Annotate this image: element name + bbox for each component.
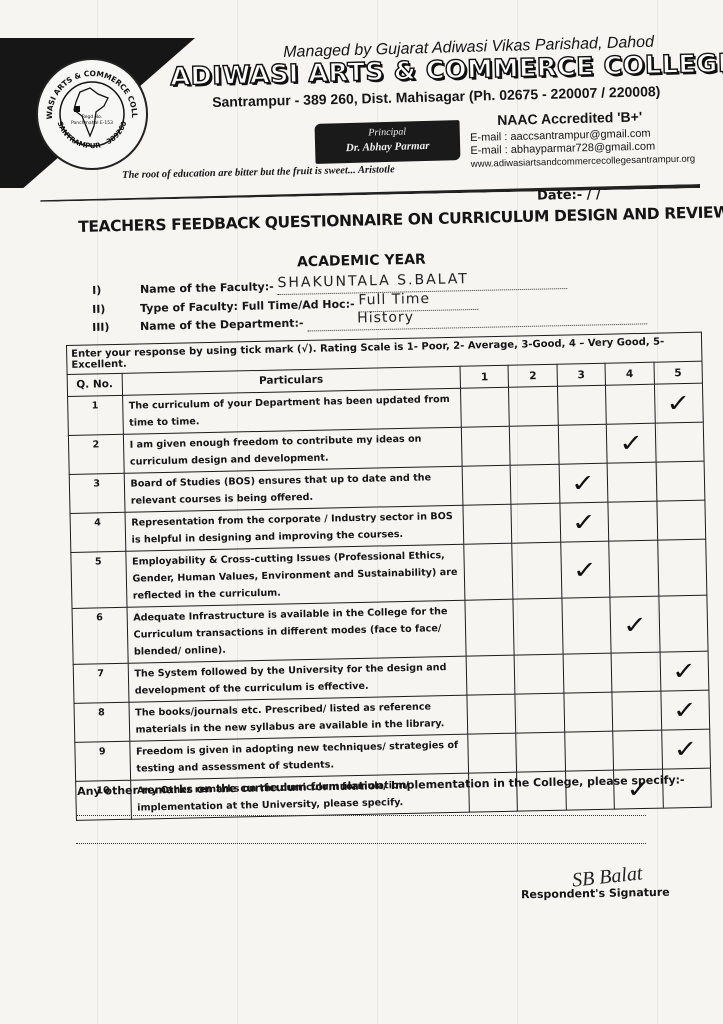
rating-cell-4[interactable] <box>609 540 659 597</box>
rating-cell-2[interactable] <box>516 732 565 772</box>
header-rating-2: 2 <box>509 364 558 387</box>
principal-name: Dr. Abhay Parmar <box>315 138 460 156</box>
rating-cell-2[interactable] <box>511 503 560 543</box>
feedback-table: Enter your response by using tick mark (… <box>66 332 712 821</box>
checkmark-icon: ✓ <box>674 737 699 762</box>
rating-cell-3[interactable] <box>564 692 613 732</box>
department-label: Name of the Department:- <box>140 317 304 333</box>
rating-cell-2[interactable] <box>513 598 563 655</box>
question-number: 3 <box>69 473 124 513</box>
header-rating-5: 5 <box>654 361 703 384</box>
rating-cell-3[interactable]: ✓ <box>560 502 609 542</box>
checkmark-icon: ✓ <box>572 510 597 535</box>
svg-text:Regd No.: Regd No. <box>82 114 102 120</box>
rating-cell-4[interactable] <box>606 384 655 424</box>
faculty-name-label: Name of the Faculty:- <box>140 280 274 296</box>
rating-cell-3[interactable] <box>565 731 614 771</box>
rating-cell-1[interactable] <box>466 655 515 695</box>
contact-info: E-mail : aaccsantrampur@gmail.com E-mail… <box>470 127 695 171</box>
rating-cell-2[interactable] <box>515 654 564 694</box>
svg-text:Panchmahal E-153: Panchmahal E-153 <box>71 120 113 126</box>
rating-cell-1[interactable] <box>462 465 511 505</box>
rating-cell-3[interactable] <box>558 424 607 464</box>
rating-cell-4[interactable] <box>608 501 657 541</box>
rating-cell-1[interactable] <box>468 733 517 773</box>
document-page: ADIWASI ARTS & COMMERCE COLLEGE SANTRAMP… <box>0 0 723 1024</box>
header-rating-3: 3 <box>557 363 606 386</box>
checkmark-icon: ✓ <box>623 612 648 637</box>
academic-year-heading: ACADEMIC YEAR <box>297 252 426 271</box>
checkmark-icon: ✓ <box>666 391 691 416</box>
question-number: 1 <box>68 395 123 435</box>
rating-cell-4[interactable]: ✓ <box>610 596 660 653</box>
rating-cell-5[interactable] <box>657 539 707 596</box>
question-number: 9 <box>75 741 130 781</box>
rating-cell-1[interactable] <box>467 694 516 734</box>
motto: The root of education are bitter but the… <box>122 164 395 181</box>
rating-cell-4[interactable] <box>613 730 662 770</box>
rating-cell-5[interactable] <box>656 461 705 501</box>
rating-cell-1[interactable] <box>465 599 515 656</box>
department-field[interactable]: History <box>307 307 647 331</box>
rating-cell-3[interactable]: ✓ <box>561 541 611 598</box>
question-number: 4 <box>70 512 125 552</box>
rating-cell-4[interactable] <box>607 462 656 502</box>
document-title: TEACHERS FEEDBACK QUESTIONNAIRE ON CURRI… <box>78 203 723 236</box>
signature-label: Respondent's Signature <box>521 886 670 902</box>
rating-cell-1[interactable] <box>463 504 512 544</box>
header-rating-4: 4 <box>605 362 654 385</box>
question-number: 5 <box>71 551 127 608</box>
rating-cell-3[interactable] <box>557 385 606 425</box>
remarks-line-1[interactable] <box>76 815 646 816</box>
rating-cell-4[interactable] <box>611 652 660 692</box>
rating-cell-1[interactable] <box>464 543 514 600</box>
faculty-name-row: I) Name of the Faculty:- SHAKUNTALA S.BA… <box>92 272 568 299</box>
question-text: Adequate Infrastructure is available in … <box>127 600 467 663</box>
rating-cell-2[interactable] <box>510 425 559 465</box>
rating-cell-2[interactable] <box>511 464 560 504</box>
question-number: 7 <box>73 663 128 703</box>
college-seal-logo: ADIWASI ARTS & COMMERCE COLLEGE SANTRAMP… <box>36 58 148 170</box>
rating-cell-3[interactable]: ✓ <box>559 463 608 503</box>
principal-banner: Principal Dr. Abhay Parmar <box>315 120 461 164</box>
header-rating-1: 1 <box>460 365 509 388</box>
question-number: 2 <box>68 434 123 474</box>
date-field[interactable]: Date:- / / <box>537 187 601 203</box>
remarks-line-2[interactable] <box>76 843 646 844</box>
rating-cell-5[interactable]: ✓ <box>661 729 710 769</box>
naac-accreditation: NAAC Accredited 'B+' <box>497 108 642 128</box>
rating-cell-3[interactable] <box>563 653 612 693</box>
faculty-type-label: Type of Faculty: Full Time/Ad Hoc:- <box>140 298 355 315</box>
checkmark-icon: ✓ <box>673 698 698 723</box>
rating-cell-4[interactable] <box>612 691 661 731</box>
rating-cell-2[interactable] <box>509 386 558 426</box>
rating-cell-2[interactable] <box>512 542 562 599</box>
rating-cell-1[interactable] <box>461 426 510 466</box>
rating-cell-5[interactable]: ✓ <box>654 383 703 423</box>
question-number: 6 <box>72 607 128 664</box>
rating-cell-5[interactable]: ✓ <box>660 651 709 691</box>
rating-cell-3[interactable] <box>562 597 612 654</box>
rating-cell-5[interactable] <box>655 422 704 462</box>
checkmark-icon: ✓ <box>619 431 644 456</box>
rating-cell-5[interactable] <box>656 500 705 540</box>
checkmark-icon: ✓ <box>672 659 697 684</box>
header-qno: Q. No. <box>67 373 122 396</box>
checkmark-icon: ✓ <box>573 557 598 582</box>
question-text: Employability & Cross-cutting Issues (Pr… <box>125 544 465 607</box>
rating-cell-1[interactable] <box>461 387 510 427</box>
question-number: 8 <box>74 702 129 742</box>
rating-cell-4[interactable]: ✓ <box>606 423 655 463</box>
rating-cell-2[interactable] <box>515 693 564 733</box>
rating-cell-5[interactable] <box>658 595 708 652</box>
rating-cell-5[interactable]: ✓ <box>660 690 709 730</box>
checkmark-icon: ✓ <box>571 471 596 496</box>
